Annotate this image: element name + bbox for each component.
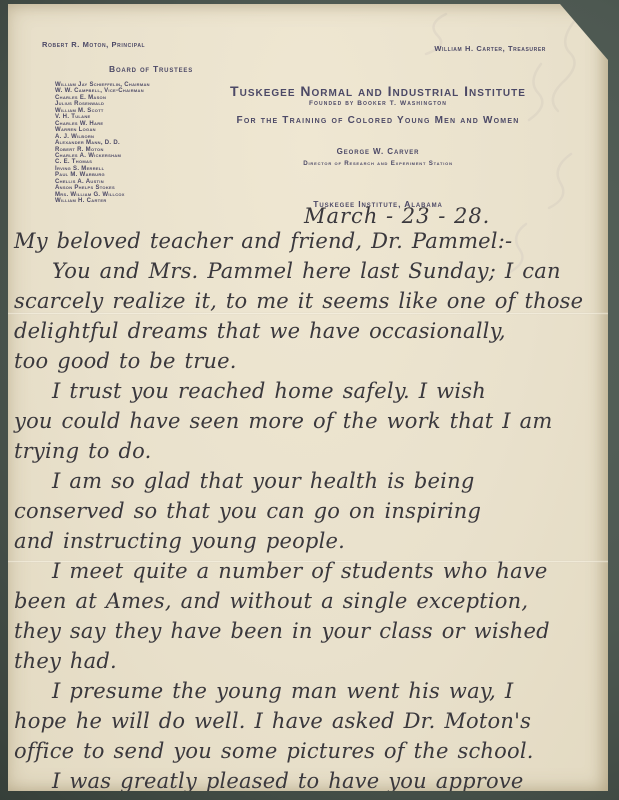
- letter-line: office to send you some pictures of the …: [14, 736, 604, 766]
- founded-line: Founded by Booker T. Washington: [198, 100, 558, 107]
- letter-line: been at Ames, and without a single excep…: [14, 586, 604, 616]
- letter-line: I am so glad that your health is being: [14, 466, 604, 496]
- letter-line: conserved so that you can go on inspirin…: [14, 496, 604, 526]
- letter-line: trying to do.: [14, 436, 604, 466]
- letter-line: I trust you reached home safely. I wish: [14, 376, 604, 406]
- letter-line: and instructing young people.: [14, 526, 604, 556]
- letter-line: too good to be true.: [14, 346, 604, 376]
- letter-line: hope he will do well. I have asked Dr. M…: [14, 706, 604, 736]
- letter-line: You and Mrs. Pammel here last Sunday; I …: [14, 256, 604, 286]
- letter-line: they say they have been in your class or…: [14, 616, 604, 646]
- trustee-name: W. W. Campbell, Vice-Chairman: [55, 88, 150, 94]
- salutation-line: My beloved teacher and friend, Dr. Pamme…: [14, 226, 604, 256]
- trustee-name: William H. Carter: [55, 198, 150, 204]
- institute-tagline: For the Training of Colored Young Men an…: [198, 115, 558, 126]
- carver-title: Director of Research and Experiment Stat…: [198, 160, 558, 167]
- handwritten-date: March - 23 - 28.: [304, 204, 490, 228]
- letter-line: you could have seen more of the work tha…: [14, 406, 604, 436]
- principal-name: Robert R. Moton, Principal: [42, 40, 145, 49]
- letter-line: delightful dreams that we have occasiona…: [14, 316, 604, 346]
- trustees-list: William Jay Schieffelin, ChairmanW. W. C…: [55, 82, 150, 205]
- letter-line: they had.: [14, 646, 604, 676]
- institute-name: Tuskegee Normal and Industrial Institute: [198, 83, 558, 99]
- letter-body: My beloved teacher and friend, Dr. Pamme…: [14, 226, 604, 796]
- board-of-trustees-heading: Board of Trustees: [86, 64, 216, 74]
- letter-line: I was greatly pleased to have you approv…: [14, 766, 604, 796]
- letter-page: Robert R. Moton, Principal William H. Ca…: [8, 4, 608, 791]
- letter-line: scarcely realize it, to me it seems like…: [14, 286, 604, 316]
- scan-backdrop: Robert R. Moton, Principal William H. Ca…: [0, 0, 619, 800]
- carver-name: George W. Carver: [198, 147, 558, 156]
- letter-line: I presume the young man went his way, I: [14, 676, 604, 706]
- letter-line: I meet quite a number of students who ha…: [14, 556, 604, 586]
- treasurer-name: William H. Carter, Treasurer: [434, 44, 546, 53]
